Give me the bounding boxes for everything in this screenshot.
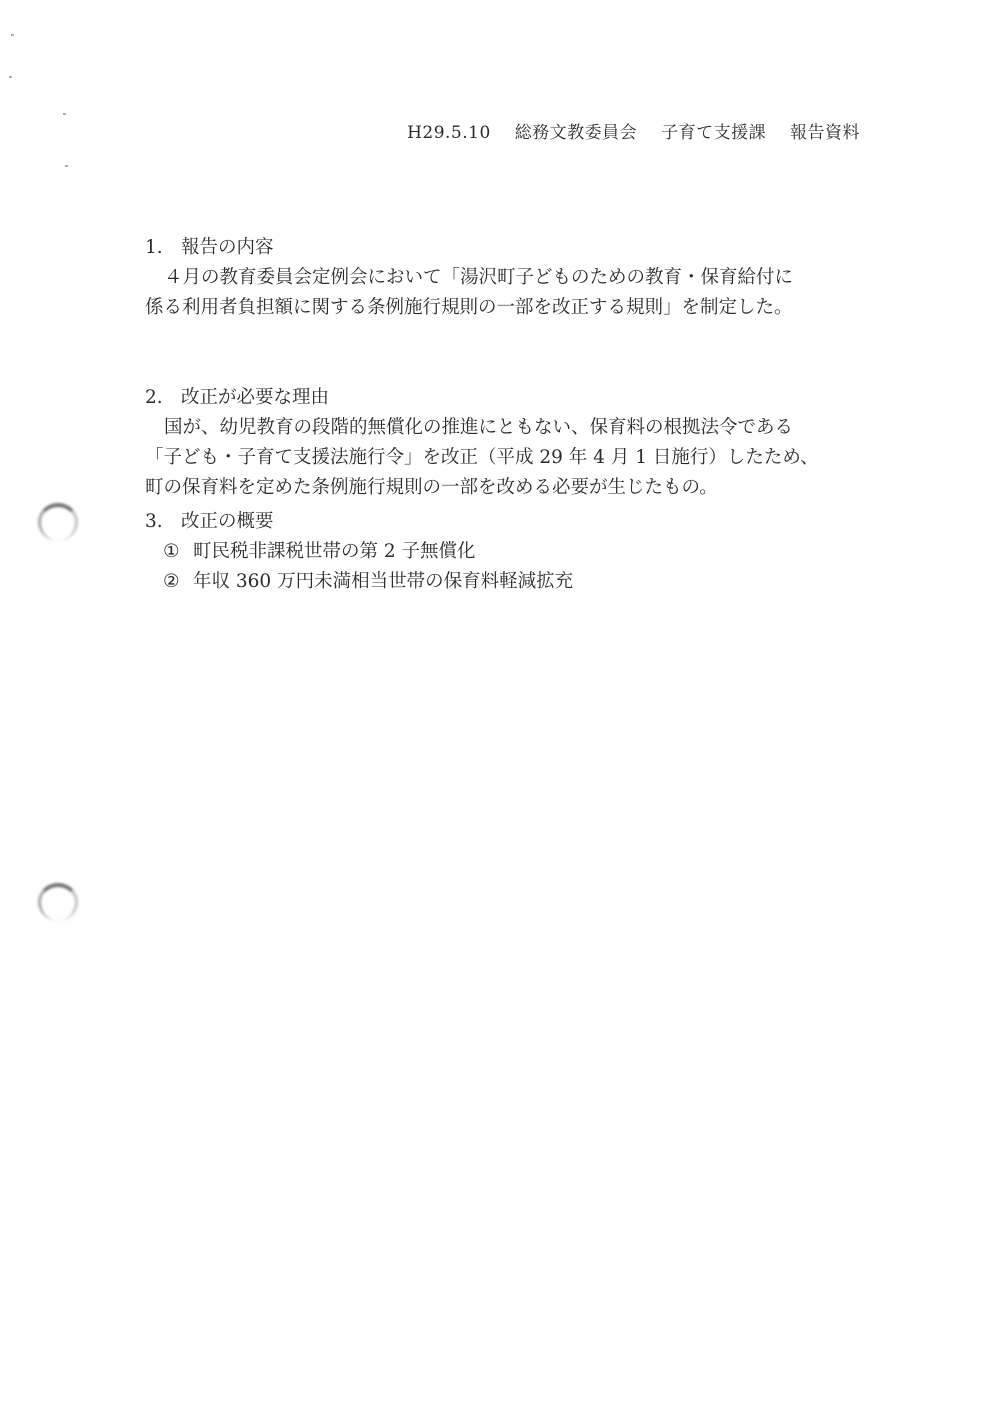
scan-speck xyxy=(9,76,12,78)
section-number: 2. xyxy=(145,383,181,413)
punch-hole-top xyxy=(38,503,78,541)
list-item-text: 町民税非課税世帯の第 2 子無償化 xyxy=(193,541,476,562)
list-item-text: 年収 360 万円未満相当世帯の保育料軽減拡充 xyxy=(193,571,573,592)
header-doc-type: 報告資料 xyxy=(790,123,860,143)
header-department: 子育て支援課 xyxy=(661,123,766,143)
section-title: 改正の概要 xyxy=(181,511,274,532)
section-report-content: 1.報告の内容 ４月の教育委員会定例会において「湯沢町子どものための教育・保育給… xyxy=(145,233,875,323)
list-item: ①町民税非課税世帯の第 2 子無償化 xyxy=(145,537,875,567)
section-number: 1. xyxy=(145,233,181,263)
section-number: 3. xyxy=(145,507,181,537)
section-overview: 3.改正の概要 ①町民税非課税世帯の第 2 子無償化 ②年収 360 万円未満相… xyxy=(145,507,875,597)
list-marker: ① xyxy=(163,537,193,567)
paragraph-line: ４月の教育委員会定例会において「湯沢町子どものための教育・保育給付に xyxy=(145,263,875,293)
paragraph-line: 「子ども・子育て支援法施行令」を改正（平成 29 年 4 月 1 日施行）したた… xyxy=(145,443,875,473)
punch-hole-bottom xyxy=(38,883,78,921)
section-heading: 2.改正が必要な理由 xyxy=(145,383,875,413)
paragraph-line: 町の保育料を定めた条例施行規則の一部を改める必要が生じたもの。 xyxy=(145,473,875,503)
document-page: H29.5.10 総務文教委員会 子育て支援課 報告資料 1.報告の内容 ４月の… xyxy=(0,0,1000,1420)
scan-speck xyxy=(11,34,14,36)
header-date: H29.5.10 xyxy=(407,123,491,143)
paragraph-line: 国が、幼児教育の段階的無償化の推進にともない、保育料の根拠法令である xyxy=(145,413,875,443)
scan-speck xyxy=(65,165,68,167)
list-item: ②年収 360 万円未満相当世帯の保育料軽減拡充 xyxy=(145,567,875,597)
document-header: H29.5.10 総務文教委員会 子育て支援課 報告資料 xyxy=(407,118,860,143)
section-reason: 2.改正が必要な理由 国が、幼児教育の段階的無償化の推進にともない、保育料の根拠… xyxy=(145,383,875,503)
scan-speck xyxy=(63,113,66,115)
section-title: 報告の内容 xyxy=(181,237,274,258)
section-title: 改正が必要な理由 xyxy=(181,387,329,408)
section-heading: 1.報告の内容 xyxy=(145,233,875,263)
header-committee: 総務文教委員会 xyxy=(515,123,638,143)
paragraph-line: 係る利用者負担額に関する条例施行規則の一部を改正する規則」を制定した。 xyxy=(145,293,875,323)
section-heading: 3.改正の概要 xyxy=(145,507,875,537)
list-marker: ② xyxy=(163,567,193,597)
